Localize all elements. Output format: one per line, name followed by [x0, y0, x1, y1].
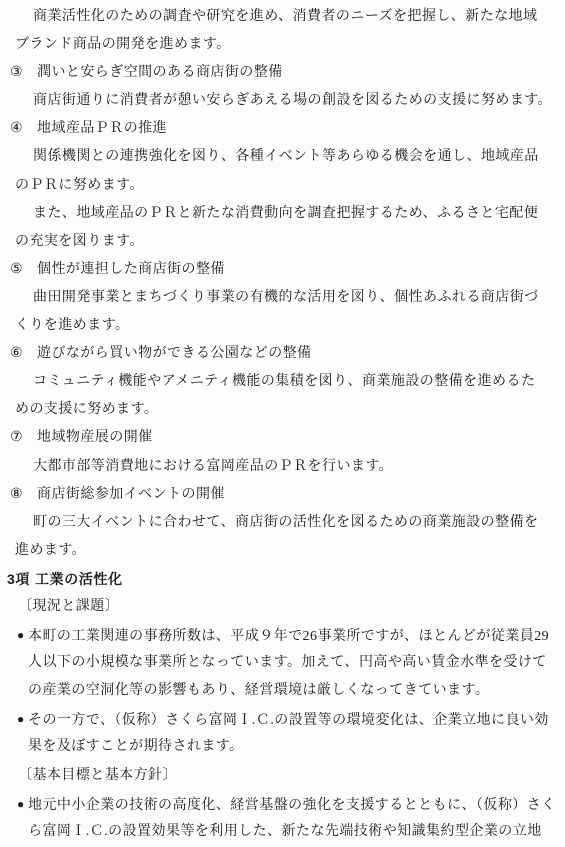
bullet-paragraph-line: ●地元中小企業の技術の高度化、経営基盤の強化を支援するとともに、（仮称）さく — [0, 790, 565, 818]
paragraph-first-line: コミュニティ機能やアメニティ機能の集積を図り、商業施設の整備を進めるた — [0, 368, 565, 396]
numbered-item-line: ⑧商店街総参加イベントの開催 — [0, 481, 565, 509]
item-number: ③ — [10, 59, 25, 87]
paragraph-first-line: 商店街通りに消費者が憩い安らぎあえる場の創設を図るための支援に努めます。 — [0, 87, 565, 115]
bullet-paragraph-wrap-line: ら富岡Ｉ.Ｃ.の設置効果等を利用した、新たな先端技術や知識集約型企業の立地 — [0, 818, 565, 846]
numbered-item-line: ③潤いと安らぎ空間のある商店街の整備 — [0, 59, 565, 87]
line-text: 商店街通りに消費者が憩い安らぎあえる場の創設を図るための支援に努めます。 — [33, 93, 552, 108]
bullet-paragraph-line: ●本町の工業関連の事務所数は、平成９年で26事業所ですが、ほとんどが従業員29 — [0, 621, 565, 649]
item-number: ⑥ — [10, 340, 25, 368]
item-number: ⑦ — [10, 424, 25, 452]
item-number: ④ — [10, 115, 25, 143]
line-text: 町の三大イベントに合わせて、商店街の活性化を図るための商業施設の整備を — [33, 515, 538, 530]
paragraph-wrap-line: ブランド商品の開発を進めます。 — [0, 31, 565, 59]
line-text: の産業の空洞化等の影響もあり、経営環境は厳しくなってきています。 — [28, 683, 489, 698]
paragraph-first-line: 町の三大イベントに合わせて、商店街の活性化を図るための商業施設の整備を — [0, 509, 565, 537]
paragraph-first-line: また、地域産品のＰＲと新たな消費動向を調査把握するため、ふるさと宅配便 — [0, 200, 565, 228]
line-text: 大都市部等消費地における富岡産品のＰＲを行います。 — [33, 459, 393, 474]
numbered-item-line: ④地域産品ＰＲの推進 — [0, 115, 565, 143]
item-number: ⑧ — [10, 481, 25, 509]
bullet-paragraph-wrap-line: 果を及ぼすことが期待されます。 — [0, 733, 565, 761]
paragraph-wrap-line: めの支援に努めます。 — [0, 396, 565, 424]
subsection-label: 〔基本目標と基本方針〕 — [0, 762, 565, 790]
line-text: 〔現況と課題〕 — [18, 599, 119, 614]
line-text: 工業の活性化 — [35, 571, 123, 587]
line-text: 曲田開発事業とまちづくり事業の有機的な活用を図り、個性あふれる商店街づ — [33, 290, 539, 305]
section-heading: 3項工業の活性化 — [0, 565, 565, 593]
line-text: 果を及ぼすことが期待されます。 — [28, 739, 244, 754]
bullet-paragraph-line: ●その一方で、（仮称）さくら富岡Ｉ.Ｃ.の設置等の環境変化は、企業立地に良い効 — [0, 705, 565, 733]
item-title: 潤いと安らぎ空間のある商店街の整備 — [37, 65, 283, 80]
subsection-label: 〔現況と課題〕 — [0, 593, 565, 621]
bullet-paragraph-wrap-line: 人以下の小規模な事業所となっています。加えて、円高や高い賃金水準を受けて — [0, 649, 565, 677]
paragraph-wrap-line: のＰＲに努めます。 — [0, 172, 565, 200]
line-text: めの支援に努めます。 — [15, 402, 158, 417]
numbered-item-line: ⑤個性が連担した商店街の整備 — [0, 256, 565, 284]
paragraph-first-line: 関係機関との連携強化を図り、各種イベント等あらゆる機会を通し、地域産品 — [0, 143, 565, 171]
line-text: くりを進めます。 — [15, 318, 129, 333]
line-text: ら富岡Ｉ.Ｃ.の設置効果等を利用した、新たな先端技術や知識集約型企業の立地 — [28, 824, 542, 839]
line-text: 〔基本目標と基本方針〕 — [18, 768, 177, 783]
line-text: 関係機関との連携強化を図り、各種イベント等あらゆる機会を通し、地域産品 — [33, 149, 539, 164]
item-title: 遊びながら買い物ができる公園などの整備 — [37, 346, 312, 361]
paragraph-first-line: 商業活性化のための調査や研究を進め、消費者のニーズを把握し、新たな地域 — [0, 3, 565, 31]
line-text: 本町の工業関連の事務所数は、平成９年で26事業所ですが、ほとんどが従業員29 — [28, 629, 549, 644]
line-text: また、地域産品のＰＲと新たな消費動向を調査把握するため、ふるさと宅配便 — [33, 206, 538, 221]
line-text: の充実を図ります。 — [15, 234, 144, 249]
line-text: 人以下の小規模な事業所となっています。加えて、円高や高い賃金水準を受けて — [28, 655, 547, 670]
item-title: 地域物産展の開催 — [37, 430, 153, 445]
line-text: ブランド商品の開発を進めます。 — [15, 37, 231, 52]
item-number: ⑤ — [10, 256, 25, 284]
item-title: 商店街総参加イベントの開催 — [37, 487, 225, 502]
line-text: その一方で、（仮称）さくら富岡Ｉ.Ｃ.の設置等の環境変化は、企業立地に良い効 — [28, 713, 549, 728]
line-text: コミュニティ機能やアメニティ機能の集積を図り、商業施設の整備を進めるた — [33, 374, 535, 389]
item-title: 個性が連担した商店街の整備 — [37, 262, 225, 277]
bullet-icon: ● — [17, 621, 28, 649]
line-text: 商業活性化のための調査や研究を進め、消費者のニーズを把握し、新たな地域 — [33, 9, 538, 24]
section-number: 3項 — [7, 565, 30, 593]
paragraph-wrap-line: くりを進めます。 — [0, 312, 565, 340]
paragraph-first-line: 曲田開発事業とまちづくり事業の有機的な活用を図り、個性あふれる商店街づ — [0, 284, 565, 312]
line-text: 地元中小企業の技術の高度化、経営基盤の強化を支援するとともに、（仮称）さく — [28, 798, 556, 813]
bullet-icon: ● — [17, 790, 28, 818]
line-text: 進めます。 — [15, 543, 86, 558]
paragraph-first-line: 大都市部等消費地における富岡産品のＰＲを行います。 — [0, 453, 565, 481]
paragraph-wrap-line: の充実を図ります。 — [0, 228, 565, 256]
line-text: のＰＲに努めます。 — [15, 178, 144, 193]
item-title: 地域産品ＰＲの推進 — [37, 121, 167, 136]
bullet-paragraph-wrap-line: の産業の空洞化等の影響もあり、経営環境は厳しくなってきています。 — [0, 677, 565, 705]
numbered-item-line: ⑦地域物産展の開催 — [0, 424, 565, 452]
numbered-item-line: ⑥遊びながら買い物ができる公園などの整備 — [0, 340, 565, 368]
paragraph-wrap-line: 進めます。 — [0, 537, 565, 565]
bullet-icon: ● — [17, 705, 28, 733]
document-page: 商業活性化のための調査や研究を進め、消費者のニーズを把握し、新たな地域ブランド商… — [0, 0, 565, 847]
